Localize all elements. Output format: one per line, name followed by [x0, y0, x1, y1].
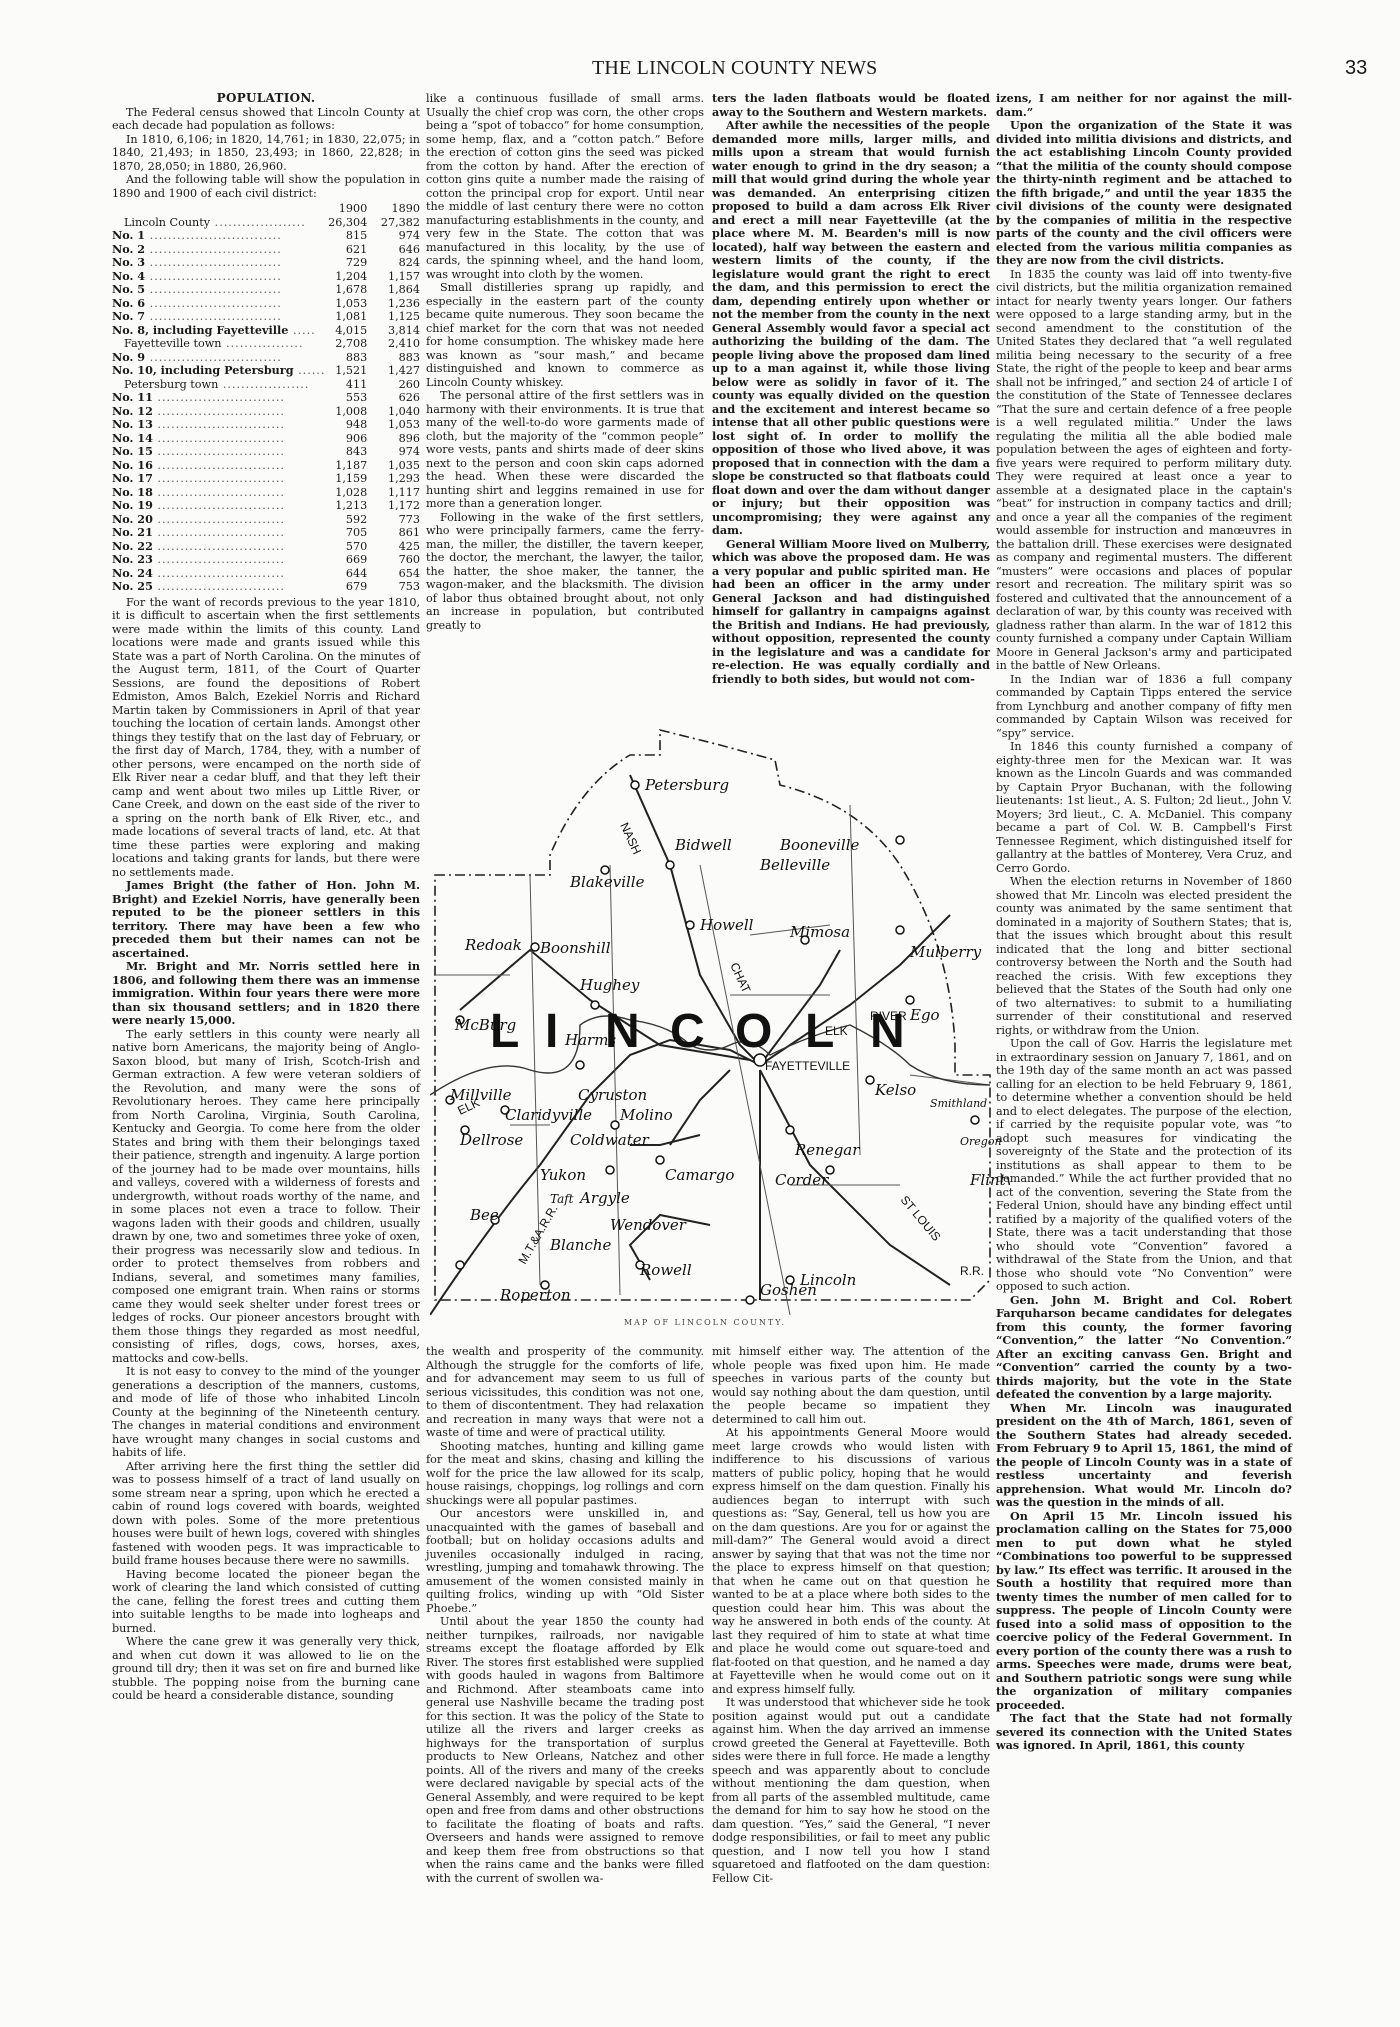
- district-name: No. 18 ............................: [112, 486, 325, 500]
- table-row: Lincoln County ....................26,30…: [112, 216, 420, 230]
- population-1890: 646: [367, 243, 420, 257]
- paragraph: Upon the call of Gov. Harris the legisla…: [996, 1037, 1292, 1294]
- district-name: No. 1 .............................: [112, 229, 325, 243]
- district-name: Fayetteville town .................: [112, 337, 325, 351]
- district-name: No. 14 ............................: [112, 432, 325, 446]
- population-1890: 27,382: [367, 216, 420, 230]
- population-1900: 1,053: [325, 297, 367, 311]
- paragraph: In the Indian war of 1836 a full company…: [996, 673, 1292, 741]
- table-row: No. 7 .............................1,081…: [112, 310, 420, 324]
- svg-text:Cyruston: Cyruston: [578, 1086, 647, 1104]
- population-1900: 679: [325, 580, 367, 594]
- table-row: No. 1 .............................81597…: [112, 229, 420, 243]
- population-1890: 1,035: [367, 459, 420, 473]
- svg-text:Blanche: Blanche: [549, 1236, 611, 1254]
- paragraph: Small distilleries sprang up rapidly, an…: [426, 281, 704, 389]
- svg-text:Roperton: Roperton: [499, 1286, 571, 1304]
- district-name: No. 9 .............................: [112, 351, 325, 365]
- table-row: No. 12 ............................1,008…: [112, 405, 420, 419]
- population-1900: 570: [325, 540, 367, 554]
- paragraph: Having become located the pioneer began …: [112, 1568, 420, 1636]
- paragraph: At his appointments General Moore would …: [712, 1426, 990, 1696]
- population-1890: 773: [367, 513, 420, 527]
- district-name: No. 21 ............................: [112, 526, 325, 540]
- population-1900: 1,159: [325, 472, 367, 486]
- svg-text:Smithland: Smithland: [930, 1097, 987, 1110]
- svg-text:Taft: Taft: [550, 1192, 574, 1206]
- svg-text:Camargo: Camargo: [665, 1166, 734, 1184]
- table-row: No. 13 ............................9481,…: [112, 418, 420, 432]
- page-number: 33: [1345, 57, 1367, 80]
- table-row: No. 22 ............................57042…: [112, 540, 420, 554]
- district-name: No. 2 .............................: [112, 243, 325, 257]
- svg-text:Argyle: Argyle: [578, 1189, 630, 1207]
- population-1900: 4,015: [325, 324, 367, 338]
- paragraph: After arriving here the first thing the …: [112, 1460, 420, 1568]
- svg-text:Mulberry: Mulberry: [909, 943, 982, 961]
- paragraph: In 1835 the county was laid off into twe…: [996, 268, 1292, 673]
- district-name: No. 15 ............................: [112, 445, 325, 459]
- svg-text:Bidwell: Bidwell: [674, 836, 732, 854]
- table-row: No. 4 .............................1,204…: [112, 270, 420, 284]
- paragraph: In 1810, 6,106; in 1820, 14,761; in 1830…: [112, 133, 420, 174]
- population-1890: 974: [367, 229, 420, 243]
- population-1890: 861: [367, 526, 420, 540]
- district-name: No. 20 ............................: [112, 513, 325, 527]
- svg-text:Kelso: Kelso: [874, 1081, 916, 1099]
- population-1900: 1,187: [325, 459, 367, 473]
- population-1890: 1,117: [367, 486, 420, 500]
- paragraph: ters the laden flatboats would be floate…: [712, 92, 990, 119]
- population-1900: 621: [325, 243, 367, 257]
- table-row: No. 5 .............................1,678…: [112, 283, 420, 297]
- district-name: No. 19 ............................: [112, 499, 325, 513]
- paragraph: The Federal census showed that Lincoln C…: [112, 106, 420, 133]
- svg-text:I: I: [545, 1005, 558, 1058]
- population-1900: 592: [325, 513, 367, 527]
- population-1890: 753: [367, 580, 420, 594]
- svg-text:Yukon: Yukon: [540, 1166, 586, 1184]
- population-table: 19001890Lincoln County .................…: [112, 202, 420, 594]
- table-row: No. 6 .............................1,053…: [112, 297, 420, 311]
- svg-text:C: C: [670, 1005, 705, 1058]
- population-1890: 626: [367, 391, 420, 405]
- svg-text:FAYETTEVILLE: FAYETTEVILLE: [765, 1059, 850, 1073]
- paragraph: For the want of records previous to the …: [112, 596, 420, 880]
- svg-text:Redoak: Redoak: [464, 936, 522, 954]
- paragraph: the wealth and prosperity of the communi…: [426, 1345, 704, 1440]
- population-1900: 553: [325, 391, 367, 405]
- district-name: Lincoln County ....................: [112, 216, 325, 230]
- population-1890: 760: [367, 553, 420, 567]
- table-row: No. 9 .............................88388…: [112, 351, 420, 365]
- svg-text:Belleville: Belleville: [759, 856, 830, 874]
- paragraph: It is not easy to convey to the mind of …: [112, 1365, 420, 1460]
- population-1900: 1,081: [325, 310, 367, 324]
- population-1890: 1,293: [367, 472, 420, 486]
- paragraph: The fact that the State had not formally…: [996, 1712, 1292, 1753]
- population-1890: 824: [367, 256, 420, 270]
- svg-text:NASH: NASH: [617, 820, 644, 856]
- district-name: No. 25 ............................: [112, 580, 325, 594]
- svg-text:Claridyville: Claridyville: [505, 1106, 592, 1124]
- svg-text:N: N: [870, 1005, 905, 1058]
- population-1900: 906: [325, 432, 367, 446]
- paragraph: When Mr. Lincoln was inaugurated preside…: [996, 1402, 1292, 1510]
- column-3-top: ters the laden flatboats would be floate…: [712, 92, 990, 702]
- map-drawing: Petersburg Bidwell Booneville Belleville…: [430, 725, 1010, 1315]
- paragraph: like a continuous fusillade of small arm…: [426, 92, 704, 281]
- table-row: No. 21 ............................70586…: [112, 526, 420, 540]
- population-1900: 644: [325, 567, 367, 581]
- paragraph: Following in the wake of the first settl…: [426, 511, 704, 633]
- paragraph: Mr. Bright and Mr. Norris settled here i…: [112, 960, 420, 1028]
- table-row: No. 14 ............................90689…: [112, 432, 420, 446]
- table-row: No. 10, including Petersburg ......1,521…: [112, 364, 420, 378]
- paragraph: Our ancestors were unskilled in, and una…: [426, 1507, 704, 1615]
- table-row: No. 25 ............................67975…: [112, 580, 420, 594]
- svg-text:Renegar: Renegar: [794, 1141, 860, 1159]
- paragraph: And the following table will show the po…: [112, 173, 420, 200]
- svg-text:Petersburg: Petersburg: [644, 776, 729, 794]
- svg-text:Molino: Molino: [619, 1106, 673, 1124]
- svg-text:Bee: Bee: [469, 1206, 499, 1224]
- svg-text:L: L: [805, 1005, 834, 1058]
- column-2-bottom: the wealth and prosperity of the communi…: [426, 1345, 704, 2005]
- population-1900: 705: [325, 526, 367, 540]
- paragraph: mit himself either way. The attention of…: [712, 1345, 990, 1426]
- county-map: Petersburg Bidwell Booneville Belleville…: [430, 725, 1010, 1315]
- page-header: THE LINCOLN COUNTY NEWS 33: [0, 55, 1400, 85]
- district-name: No. 23 ............................: [112, 553, 325, 567]
- district-name: No. 11 ............................: [112, 391, 325, 405]
- svg-text:Wendover: Wendover: [610, 1216, 687, 1234]
- table-row: Petersburg town ...................41126…: [112, 378, 420, 392]
- district-name: No. 7 .............................: [112, 310, 325, 324]
- paragraph: Shooting matches, hunting and killing ga…: [426, 1440, 704, 1508]
- svg-text:Howell: Howell: [699, 916, 754, 934]
- population-1890: 654: [367, 567, 420, 581]
- paragraph: After awhile the necessities of the peop…: [712, 119, 990, 538]
- population-1890: 883: [367, 351, 420, 365]
- column-3-bottom: mit himself either way. The attention of…: [712, 1345, 990, 2005]
- column-header: [112, 202, 325, 216]
- svg-text:Coldwater: Coldwater: [570, 1131, 650, 1149]
- paragraph: The early settlers in this county were n…: [112, 1028, 420, 1366]
- paragraph: Gen. John M. Bright and Col. Robert Farq…: [996, 1294, 1292, 1402]
- column-header: 1900: [325, 202, 367, 216]
- district-name: No. 6 .............................: [112, 297, 325, 311]
- district-name: Petersburg town ...................: [112, 378, 325, 392]
- population-1890: 1,040: [367, 405, 420, 419]
- svg-text:Hughey: Hughey: [579, 976, 640, 994]
- population-1890: 1,053: [367, 418, 420, 432]
- district-name: No. 4 .............................: [112, 270, 325, 284]
- table-row: No. 15 ............................84397…: [112, 445, 420, 459]
- column-4: izens, I am neither for nor against the …: [996, 92, 1292, 2002]
- population-1890: 896: [367, 432, 420, 446]
- population-1900: 26,304: [325, 216, 367, 230]
- paragraph: On April 15 Mr. Lincoln issued his procl…: [996, 1510, 1292, 1713]
- paragraph: Until about the year 1850 the county had…: [426, 1615, 704, 1885]
- svg-text:N: N: [605, 1005, 640, 1058]
- svg-text:Blakeville: Blakeville: [569, 873, 645, 891]
- population-1890: 1,172: [367, 499, 420, 513]
- paragraph: izens, I am neither for nor against the …: [996, 92, 1292, 119]
- paragraph: It was understood that whichever side he…: [712, 1696, 990, 1885]
- svg-text:CHAT: CHAT: [727, 960, 753, 995]
- table-row: No. 11 ............................55362…: [112, 391, 420, 405]
- table-row: No. 16 ............................1,187…: [112, 459, 420, 473]
- svg-text:Ego: Ego: [909, 1006, 940, 1024]
- svg-text:Mimosa: Mimosa: [789, 923, 850, 941]
- column-header: 1890: [367, 202, 420, 216]
- district-name: No. 22 ............................: [112, 540, 325, 554]
- svg-text:Corder: Corder: [775, 1171, 829, 1189]
- district-name: No. 12 ............................: [112, 405, 325, 419]
- population-1900: 843: [325, 445, 367, 459]
- population-1890: 425: [367, 540, 420, 554]
- newspaper-title: THE LINCOLN COUNTY NEWS: [592, 57, 878, 80]
- svg-text:Dellrose: Dellrose: [459, 1131, 523, 1149]
- svg-text:Millville: Millville: [449, 1086, 512, 1104]
- svg-text:Rowell: Rowell: [639, 1261, 692, 1279]
- table-row: No. 19 ............................1,213…: [112, 499, 420, 513]
- svg-text:Booneville: Booneville: [779, 836, 859, 854]
- population-1900: 1,678: [325, 283, 367, 297]
- population-1890: 2,410: [367, 337, 420, 351]
- svg-text:R.R.: R.R.: [960, 1264, 984, 1278]
- paragraph: General William Moore lived on Mulberry,…: [712, 538, 990, 687]
- paragraph: Where the cane grew it was generally ver…: [112, 1635, 420, 1703]
- population-1900: 669: [325, 553, 367, 567]
- map-caption: MAP OF LINCOLN COUNTY.: [590, 1318, 820, 1327]
- population-1900: 411: [325, 378, 367, 392]
- population-1900: 729: [325, 256, 367, 270]
- section-heading-population: POPULATION.: [112, 92, 420, 106]
- population-1900: 1,213: [325, 499, 367, 513]
- table-row: No. 24 ............................64465…: [112, 567, 420, 581]
- paragraph: When the election returns in November of…: [996, 875, 1292, 1037]
- svg-text:Goshen: Goshen: [760, 1281, 817, 1299]
- district-name: No. 10, including Petersburg ......: [112, 364, 325, 378]
- population-1890: 1,125: [367, 310, 420, 324]
- population-1890: 974: [367, 445, 420, 459]
- paragraph: James Bright (the father of Hon. John M.…: [112, 879, 420, 960]
- table-row: No. 17 ............................1,159…: [112, 472, 420, 486]
- district-name: No. 3 .............................: [112, 256, 325, 270]
- table-row: Fayetteville town .................2,708…: [112, 337, 420, 351]
- table-header-row: 19001890: [112, 202, 420, 216]
- population-1900: 1,521: [325, 364, 367, 378]
- district-name: No. 17 ............................: [112, 472, 325, 486]
- population-1900: 948: [325, 418, 367, 432]
- paragraph: The personal attire of the first settler…: [426, 389, 704, 511]
- svg-text:Boonshill: Boonshill: [539, 939, 611, 957]
- population-1900: 883: [325, 351, 367, 365]
- paragraph: In 1846 this county furnished a company …: [996, 740, 1292, 875]
- population-1890: 3,814: [367, 324, 420, 338]
- population-1900: 1,028: [325, 486, 367, 500]
- column-1: POPULATION. The Federal census showed th…: [112, 92, 420, 2002]
- svg-text:L: L: [490, 1005, 519, 1058]
- population-1890: 260: [367, 378, 420, 392]
- population-1890: 1,236: [367, 297, 420, 311]
- table-row: No. 20 ............................59277…: [112, 513, 420, 527]
- paragraph: Upon the organization of the State it wa…: [996, 119, 1292, 268]
- population-1900: 1,204: [325, 270, 367, 284]
- population-1890: 1,157: [367, 270, 420, 284]
- district-name: No. 16 ............................: [112, 459, 325, 473]
- table-row: No. 2 .............................62164…: [112, 243, 420, 257]
- table-row: No. 3 .............................72982…: [112, 256, 420, 270]
- svg-text:O: O: [735, 1005, 772, 1058]
- district-name: No. 13 ............................: [112, 418, 325, 432]
- column-2-top: like a continuous fusillade of small arm…: [426, 92, 704, 702]
- population-1900: 2,708: [325, 337, 367, 351]
- svg-text:ST LOUIS: ST LOUIS: [898, 1193, 944, 1244]
- district-name: No. 8, including Fayetteville .....: [112, 324, 325, 338]
- population-1890: 1,864: [367, 283, 420, 297]
- table-row: No. 23 ............................66976…: [112, 553, 420, 567]
- district-name: No. 5 .............................: [112, 283, 325, 297]
- table-row: No. 18 ............................1,028…: [112, 486, 420, 500]
- population-1900: 1,008: [325, 405, 367, 419]
- table-row: No. 8, including Fayetteville .....4,015…: [112, 324, 420, 338]
- population-1890: 1,427: [367, 364, 420, 378]
- district-name: No. 24 ............................: [112, 567, 325, 581]
- population-1900: 815: [325, 229, 367, 243]
